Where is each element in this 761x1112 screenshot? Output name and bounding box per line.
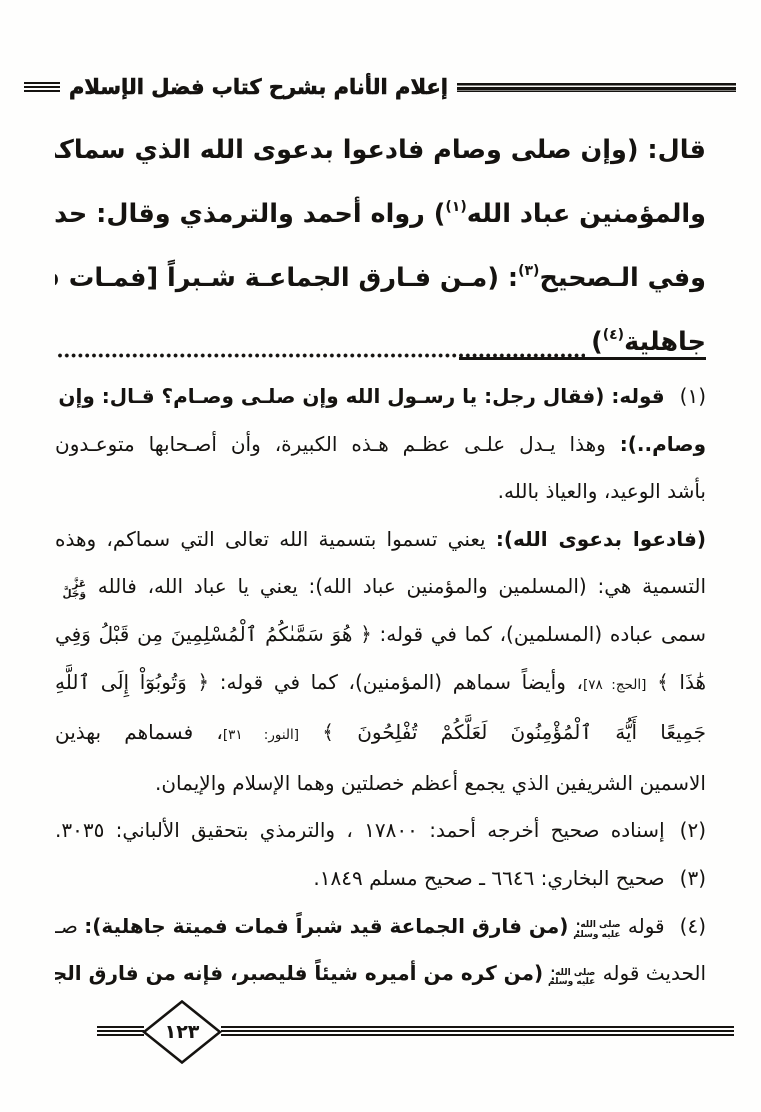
footnote-1-line-7-text: ، وأيضاً سماهم (المؤمنين)، كما في قوله: bbox=[209, 670, 583, 694]
hadith-line-2-text: والمؤمنين عباد الله bbox=[467, 199, 706, 229]
footnote-3-marker: (٣) bbox=[680, 866, 706, 890]
hadith-line-4-word: جاهلية bbox=[624, 327, 706, 357]
footnote-3: (٣)صحيح البخاري: ٦٦٤٦ ـ صحيح مسلم ١٨٤٩. bbox=[55, 855, 706, 903]
header-rule-right bbox=[457, 83, 736, 92]
footnote-1-line-5: التسمية هي: (المسلمين والمؤمنين عباد الل… bbox=[55, 563, 706, 611]
hadith-line-3-text: وفي الـصحيح bbox=[539, 263, 706, 293]
footnote-1-lemma: (فادعوا بدعوى الله): bbox=[496, 527, 706, 551]
footnote-4: (٤)قوله صلى اللهعليه وسلم: (من فارق الجم… bbox=[55, 903, 706, 998]
footnote-1-line-7: هَٰذَا ﴾ [الحج: ٧٨]، وأيضاً سماهم (المؤم… bbox=[55, 659, 706, 710]
hadith-line-4-paren: ) bbox=[591, 327, 603, 357]
footnote-4-line-1-text: قوله bbox=[622, 914, 665, 938]
hadith-line-2-cont: ) رواه أحمد والترمذي وقال: حديث حسن صحيح bbox=[55, 199, 445, 229]
hadith-line-3: وفي الـصحيح(٣): (مـن فـارق الجماعـة شـبر… bbox=[55, 243, 706, 307]
verse-reference-hajj: [الحج: ٧٨] bbox=[583, 677, 646, 693]
footnote-ref-4: (٤) bbox=[603, 327, 624, 343]
footnote-4-line-2-text: الحديث قوله bbox=[596, 961, 706, 985]
book-page: { "header": { "title": "إعلام الأنام بشر… bbox=[0, 0, 761, 1112]
footnote-1-quote-end: وصام..): bbox=[620, 432, 706, 456]
pbuh-symbol-2: صلى اللهعليه وسلم bbox=[557, 969, 595, 988]
quran-verse-nur-end: جَمِيعًا أَيُّهَ ٱلْمُؤْمِنُونَ لَعَلَّك… bbox=[322, 720, 706, 744]
footnote-1-line-6: سمى عباده (المسلمين)، كما في قوله: ﴿ هُو… bbox=[55, 611, 706, 659]
footnote-1-line-4: (فادعوا بدعوى الله): يعني تسموا بتسمية ا… bbox=[55, 516, 706, 564]
footnote-4-hadith-quote-2: (من كره من أميره شيئاً فليصبر، فإنه من ف… bbox=[55, 961, 543, 985]
footnote-1-line-9: الاسمين الشريفين الذي يجمع أعظم خصلتين و… bbox=[55, 760, 706, 808]
quran-verse-hajj: ﴿ هُوَ سَمَّىٰكُمُ ٱلْمُسْلِمِينَ مِن قَ… bbox=[55, 622, 372, 646]
footnote-2-text: إسناده صحيح أخرجه أحمد: ١٧٨٠٠ ، والترمذي… bbox=[55, 818, 665, 842]
hadith-line-2: والمؤمنين عباد الله(١)) رواه أحمد والترم… bbox=[55, 179, 706, 243]
footnotes: (١)قوله: (فقال رجل: يا رسـول الله وإن صل… bbox=[55, 373, 706, 998]
footnote-3-line: (٣)صحيح البخاري: ٦٦٤٦ ـ صحيح مسلم ١٨٤٩. bbox=[55, 855, 706, 903]
footnote-1-line-8-text: ، فسماهم بهذين bbox=[55, 720, 223, 744]
pbuh-bottom: عليه وسلم bbox=[583, 931, 621, 941]
azza-wa-jall-symbol: عَزَّوَجَلَّ bbox=[56, 579, 86, 600]
footnote-3-text: صحيح البخاري: ٦٦٤٦ ـ صحيح مسلم ١٨٤٩. bbox=[313, 866, 664, 890]
verse-reference-nur: [النور: ٣١] bbox=[223, 727, 299, 743]
header-rule-left bbox=[24, 82, 60, 92]
hadith-line-1: قال: (وإن صلى وصام فادعوا بدعوى الله الذ… bbox=[55, 122, 706, 179]
footnote-1-quote: قوله: (فقال رجل: يا رسـول الله وإن صلـى … bbox=[55, 384, 665, 408]
azza-bottom: وَجَلَّ bbox=[56, 589, 86, 600]
footnote-2-line: (٢)إسناده صحيح أخرجه أحمد: ١٧٨٠٠ ، والتر… bbox=[55, 807, 706, 855]
pbuh-bottom-2: عليه وسلم bbox=[557, 978, 595, 988]
footer-rule-left bbox=[97, 1026, 144, 1036]
footnote-2-marker: (٢) bbox=[680, 818, 706, 842]
footnote-1-commentary: وهذا يـدل علـى عظـم هـذه الكبيرة، وأن أص… bbox=[55, 432, 620, 456]
footnote-1: (١)قوله: (فقال رجل: يا رسـول الله وإن صل… bbox=[55, 373, 706, 807]
hadith-line-4: جاهلية(٤)) bbox=[55, 307, 706, 371]
page-number: ١٢٣ bbox=[142, 1021, 222, 1043]
page-number-ornament: ١٢٣ bbox=[0, 1000, 761, 1066]
footer-rule-right bbox=[221, 1026, 734, 1036]
main-text: قال: (وإن صلى وصام فادعوا بدعوى الله الذ… bbox=[55, 122, 706, 371]
hadith-line-4-text: جاهلية(٤)) bbox=[591, 307, 706, 371]
footnote-4-line-1: (٤)قوله صلى اللهعليه وسلم: (من فارق الجم… bbox=[55, 903, 706, 951]
book-title: إعلام الأنام بشرح كتاب فضل الإسلام bbox=[65, 72, 452, 102]
footnote-1-line-3: بأشد الوعيد، والعياذ بالله. bbox=[55, 468, 706, 516]
footnote-4-marker: (٤) bbox=[680, 914, 706, 938]
quran-verse-hajj-end: هَٰذَا ﴾ bbox=[657, 670, 706, 694]
footnote-1-marker: (١) bbox=[680, 384, 706, 408]
footnote-ref-1: (١) bbox=[445, 199, 466, 215]
footnote-1-line-8: جَمِيعًا أَيُّهَ ٱلْمُؤْمِنُونَ لَعَلَّك… bbox=[55, 709, 706, 760]
footnote-1-line-2: وصام..): وهذا يـدل علـى عظـم هـذه الكبير… bbox=[55, 421, 706, 469]
footnote-1-line-6-text: سمى عباده (المسلمين)، كما في قوله: bbox=[372, 622, 706, 646]
footnote-4-line-2: الحديث قوله صلى اللهعليه وسلم: (من كره م… bbox=[55, 950, 706, 998]
footnote-4-line-1-end: صـدرُ هـذا bbox=[55, 914, 84, 938]
hadith-line-3-cont: : (مـن فـارق الجماعـة شـبراً [فمـات فميت… bbox=[55, 263, 518, 293]
footnote-separator bbox=[459, 357, 706, 360]
footnote-1-explanation: يعني تسموا بتسمية الله تعالى التي سماكم،… bbox=[55, 527, 496, 551]
footnote-ref-3: (٣) bbox=[518, 263, 539, 279]
footnote-1-line-5-text: التسمية هي: (المسلمين والمؤمنين عباد الل… bbox=[98, 574, 706, 598]
pbuh-symbol: صلى اللهعليه وسلم bbox=[583, 921, 621, 940]
footnote-1-line-1: (١)قوله: (فقال رجل: يا رسـول الله وإن صل… bbox=[55, 373, 706, 421]
footnote-4-hadith-quote: (من فارق الجماعة قيد شبراً فمات فميتة جا… bbox=[84, 914, 568, 938]
page-header: إعلام الأنام بشرح كتاب فضل الإسلام bbox=[24, 70, 736, 104]
footnote-2: (٢)إسناده صحيح أخرجه أحمد: ١٧٨٠٠ ، والتر… bbox=[55, 807, 706, 855]
quran-verse-nur: ﴿ وَتُوبُوٓاْ إِلَى ٱللَّهِ bbox=[55, 670, 209, 694]
